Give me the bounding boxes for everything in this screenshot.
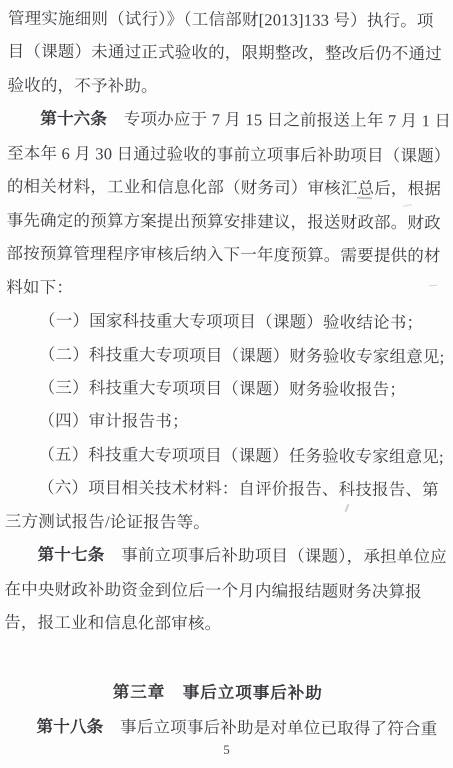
article-number: 第十七条 [38, 546, 105, 564]
text-line: 三方测试报告/论证报告等。 [5, 504, 433, 540]
text-line: （五）科技重大专项项目（课题）任务验收专家组意见; [5, 438, 433, 474]
document-body: 管理实施细则（试行）》（工信部财[2013]133 号）执行。项目（课题）未通过… [3, 2, 436, 747]
text-line: 事先确定的预算方案提出预算安排建议，报送财政部。财政 [7, 203, 435, 239]
text-line: （二）科技重大专项项目（课题）财务验收专家组意见; [6, 337, 434, 373]
text-line: 目（课题）未通过正式验收的，限期整改，整改后仍不通过 [8, 35, 436, 71]
article-number: 第十六条 [40, 110, 107, 128]
chapter-heading: 第三章 事后立项事后补助 [4, 676, 432, 712]
text-line: 至本年 6 月 30 日通过验收的事前立项事后补助项目（课题） [7, 137, 435, 173]
text-line: 第十七条 事前立项事后补助项目（课题），承担单位应 [5, 538, 433, 575]
text-line: （三）科技重大专项项目（课题）财务验收报告； [6, 371, 434, 407]
document-page: 管理实施细则（试行）》（工信部财[2013]133 号）执行。项目（课题）未通过… [0, 0, 453, 768]
text-line: （一）国家科技重大专项项目（课题）验收结论书； [6, 304, 434, 340]
page-number: 5 [0, 742, 453, 758]
text-line: 告，报工业和信息化部审核。 [4, 606, 432, 642]
text-line: 部按预算管理程序审核后纳入下一年度预算。需要提供的材 [6, 237, 434, 273]
text-line: （六）项目相关技术材料：自评价报告、科技报告、第 [5, 471, 433, 507]
text-line: 第十六条 专项办应于 7 月 15 日之前报送上年 7 月 1 日 [7, 102, 435, 139]
text-line: （四）审计报告书； [5, 404, 433, 440]
text-line: 的相关材料，工业和信息化部（财务司）审核汇总后，根据 [7, 170, 435, 206]
text-line: 管理实施细则（试行）》（工信部财[2013]133 号）执行。项 [8, 2, 436, 38]
text-line: 在中央财政补助资金到位后一个月内编报结题财务决算报 [4, 572, 432, 608]
text-line: 料如下： [6, 270, 434, 306]
text-line: 验收的，不予补助。 [7, 69, 435, 105]
article-number: 第十八条 [37, 717, 104, 735]
text-line: 第十八条 事后立项事后补助是对单位已取得了符合重 [3, 709, 431, 746]
